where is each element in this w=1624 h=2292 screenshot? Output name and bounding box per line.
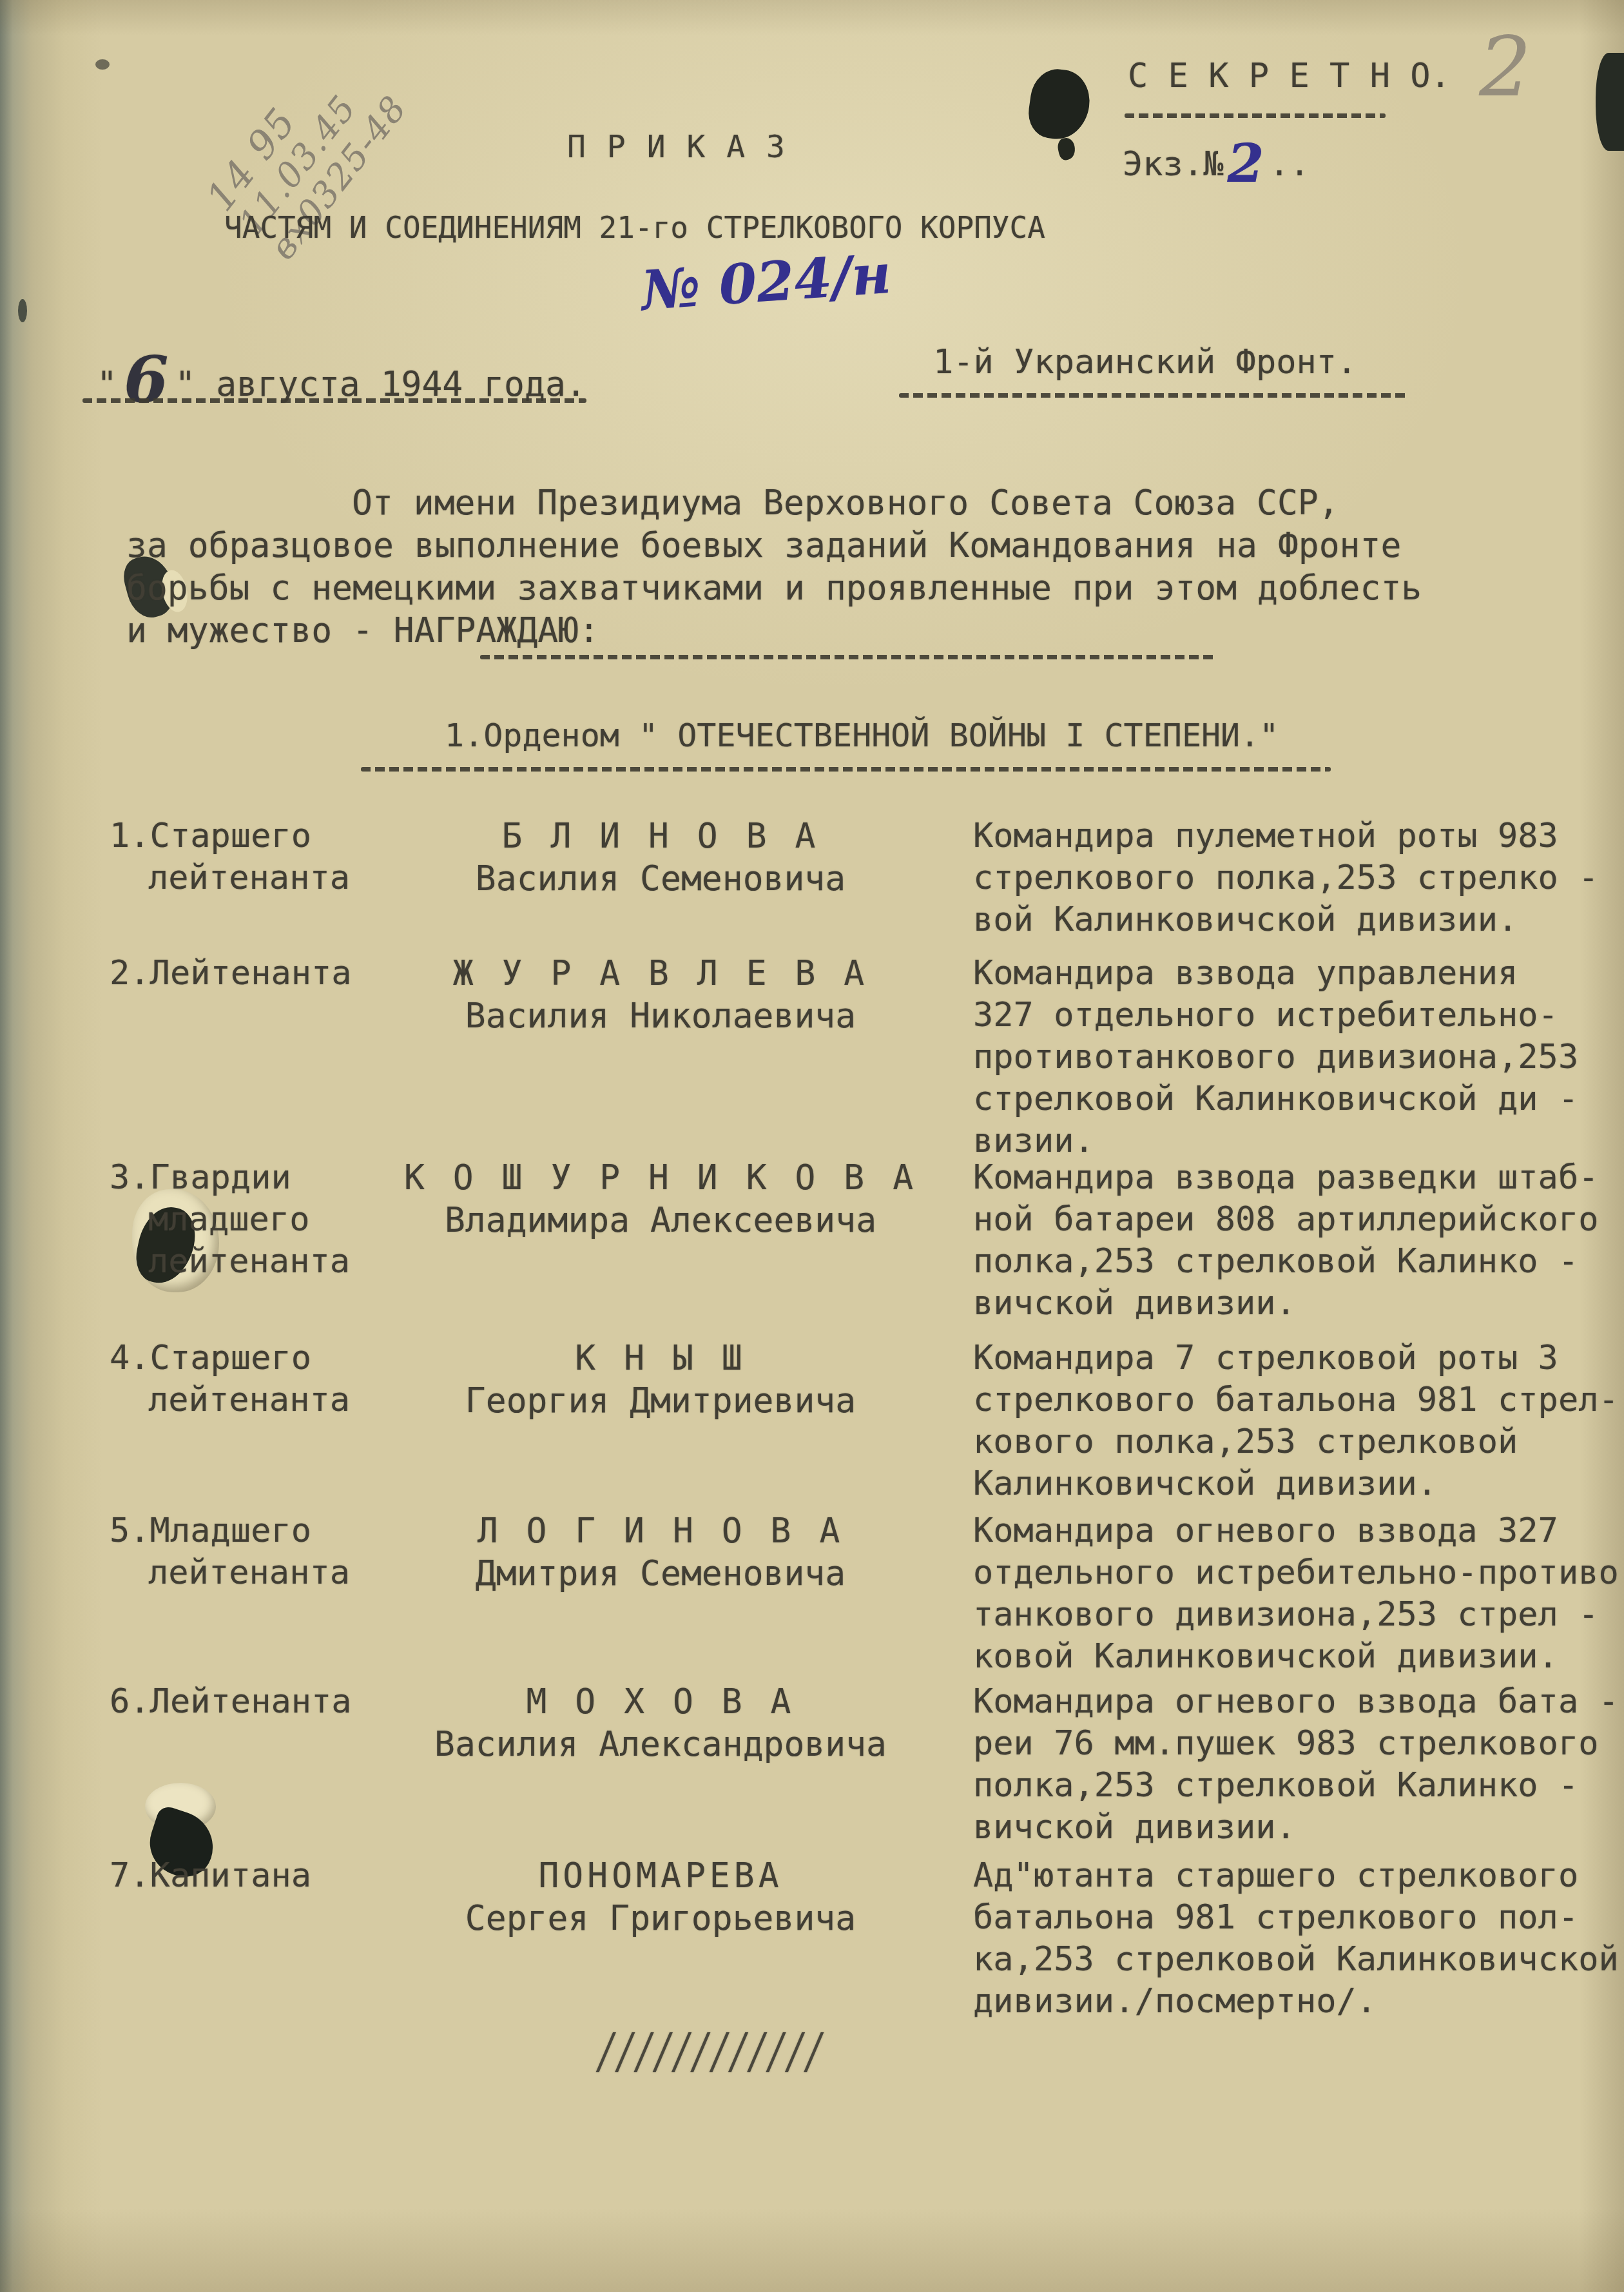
entry-name: К Н Ы ШГеоргия Дмитриевича [361, 1337, 960, 1423]
smudge [95, 59, 110, 70]
page-number: 2 [1479, 19, 1532, 115]
description-line: Калинковичской дивизии. [973, 1463, 1624, 1505]
description-line: Командира взвода управления [973, 953, 1624, 995]
description-line: ной батареи 808 артиллерийского [973, 1199, 1624, 1241]
copy-line: Экз.№2.. [1123, 126, 1310, 188]
ink-blot [1025, 66, 1094, 143]
entry-name: ПОНОМАРЕВАСергея Григорьевича [361, 1855, 960, 1940]
entry-name: Б Л И Н О В АВасилия Семеновича [361, 815, 960, 900]
award-heading-underline [361, 767, 1331, 772]
rank-line: 1.Старшего [110, 815, 367, 857]
document-page: 14 95 11.03.45 вх0325-48 С Е К Р Е Т Н О… [0, 0, 1624, 2292]
rank-line: младшего [110, 1199, 367, 1241]
description-line: полка,253 стрелковой Калинко - [973, 1241, 1624, 1283]
preamble-underline [480, 655, 1215, 659]
secrecy-label: С Е К Р Е Т Н О. [1128, 57, 1451, 95]
entry-rank: 4.Старшеголейтенанта [110, 1337, 367, 1421]
patronymic: Василия Николаевича [361, 995, 960, 1038]
order-number-handwritten: № 024/н [639, 242, 893, 323]
description-line: противотанкового дивизиона,253 [973, 1036, 1624, 1078]
preamble-line: за образцовое выполнение боевых заданий … [126, 525, 1422, 567]
entry-name: М О Х О В АВасилия Александровича [361, 1681, 960, 1766]
entry-rank: 3.Гвардиимладшеголейтенанта [110, 1157, 367, 1283]
description-line: вичской дивизии. [973, 1807, 1624, 1849]
entry-description: Ад"ютанта старшего стрелковогобатальона … [973, 1855, 1624, 2023]
description-line: отдельного истребительно-противо [973, 1552, 1624, 1594]
surname: К Н Ы Ш [361, 1337, 960, 1380]
copy-number-handwritten: 2 [1228, 133, 1264, 195]
secrecy-underline [1125, 113, 1386, 118]
description-line: ковой Калинковичской дивизии. [973, 1636, 1624, 1678]
description-line: танкового дивизиона,253 стрел - [973, 1594, 1624, 1636]
description-line: полка,253 стрелковой Калинко - [973, 1765, 1624, 1807]
rank-line: 6.Лейтенанта [110, 1681, 367, 1723]
patronymic: Владимира Алексеевича [361, 1199, 960, 1242]
description-line: кового полка,253 стрелковой [973, 1421, 1624, 1463]
preamble-line: борьбы с немецкими захватчиками и проявл… [126, 567, 1422, 610]
rank-line: 5.Младшего [110, 1510, 367, 1552]
entry-description: Командира пулеметной роты 983стрелкового… [973, 815, 1624, 941]
description-line: реи 76 мм.пушек 983 стрелкового [973, 1723, 1624, 1765]
description-line: батальона 981 стрелкового пол- [973, 1897, 1624, 1939]
torn-corner-shadow [1596, 53, 1624, 151]
entry-description: Командира огневого взвода 327отдельного … [973, 1510, 1624, 1678]
document-subtitle: ЧАСТЯМ И СОЕДИНЕНИЯМ 21-го СТРЕЛКОВОГО К… [224, 210, 1045, 245]
patronymic: Василия Александровича [361, 1724, 960, 1766]
surname: Л О Г И Н О В А [361, 1510, 960, 1553]
entry-rank: 6.Лейтенанта [110, 1681, 367, 1723]
description-line: стрелкового батальона 981 стрел- [973, 1379, 1624, 1421]
document-title: П Р И К А З [419, 129, 934, 165]
surname: Б Л И Н О В А [361, 815, 960, 858]
patronymic: Георгия Дмитриевича [361, 1380, 960, 1423]
entry-rank: 7.Капитана [110, 1855, 367, 1897]
rank-line: 3.Гвардии [110, 1157, 367, 1199]
front-underline [899, 393, 1407, 398]
entry-description: Командира взвода разведки штаб-ной батар… [973, 1157, 1624, 1325]
description-line: Ад"ютанта старшего стрелкового [973, 1855, 1624, 1897]
entry-rank: 5.Младшеголейтенанта [110, 1510, 367, 1594]
front-designation: 1-й Украинский Фронт. [933, 343, 1357, 382]
entry-name: К О Ш У Р Н И К О В АВладимира Алексееви… [361, 1157, 960, 1242]
date-underline [82, 398, 586, 403]
preamble-line: От имени Президиума Верховного Совета Со… [126, 482, 1422, 525]
entry-rank: 2.Лейтенанта [110, 953, 367, 995]
patronymic: Василия Семеновича [361, 858, 960, 900]
surname: Ж У Р А В Л Е В А [361, 953, 960, 995]
rank-line: 4.Старшего [110, 1337, 367, 1379]
edge-speck [18, 299, 27, 322]
description-line: Командира огневого взвода 327 [973, 1510, 1624, 1552]
description-line: Командира пулеметной роты 983 [973, 815, 1624, 857]
end-of-text-mark: //////////// [594, 2024, 826, 2080]
description-line: 327 отдельного истребительно- [973, 995, 1624, 1036]
rank-line: лейтенанта [110, 857, 367, 899]
entry-name: Ж У Р А В Л Е В АВасилия Николаевича [361, 953, 960, 1038]
surname: К О Ш У Р Н И К О В А [361, 1157, 960, 1199]
entry-rank: 1.Старшеголейтенанта [110, 815, 367, 899]
surname: М О Х О В А [361, 1681, 960, 1724]
description-line: Командира взвода разведки штаб- [973, 1157, 1624, 1199]
entry-name: Л О Г И Н О В АДмитрия Семеновича [361, 1510, 960, 1595]
entry-description: Командира 7 стрелковой роты 3стрелкового… [973, 1337, 1624, 1505]
description-line: визии. [973, 1120, 1624, 1162]
rank-line: лейтенанта [110, 1552, 367, 1594]
preamble-paragraph: От имени Президиума Верховного Совета Со… [126, 482, 1422, 652]
preamble-line: и мужество - НАГРАЖДАЮ: [126, 610, 1422, 652]
ink-blot-drip [1056, 137, 1078, 162]
rank-line: лейтенанта [110, 1241, 367, 1283]
description-line: вичской дивизии. [973, 1283, 1624, 1325]
description-line: Командира 7 стрелковой роты 3 [973, 1337, 1624, 1379]
entry-description: Командира взвода управления327 отдельног… [973, 953, 1624, 1162]
description-line: ка,253 стрелковой Калинковичской [973, 1939, 1624, 1981]
date-day-handwritten: 6 [124, 342, 169, 418]
description-line: стрелковой Калинковичской ди - [973, 1078, 1624, 1120]
copy-label: Экз.№ [1123, 145, 1224, 184]
patronymic: Сергея Григорьевича [361, 1898, 960, 1940]
rank-line: лейтенанта [110, 1379, 367, 1421]
patronymic: Дмитрия Семеновича [361, 1553, 960, 1595]
description-line: стрелкового полка,253 стрелко - [973, 857, 1624, 899]
surname: ПОНОМАРЕВА [361, 1855, 960, 1898]
description-line: дивизии./посмертно/. [973, 1981, 1624, 2023]
rank-line: 7.Капитана [110, 1855, 367, 1897]
description-line: Командира огневого взвода бата - [973, 1681, 1624, 1723]
award-section-heading: 1.Орденом " ОТЕЧЕСТВЕННОЙ ВОЙНЫ I СТЕПЕН… [445, 717, 1279, 754]
copy-suffix: .. [1270, 145, 1310, 184]
description-line: вой Калинковичской дивизии. [973, 899, 1624, 941]
rank-line: 2.Лейтенанта [110, 953, 367, 995]
entry-description: Командира огневого взвода бата -реи 76 м… [973, 1681, 1624, 1849]
